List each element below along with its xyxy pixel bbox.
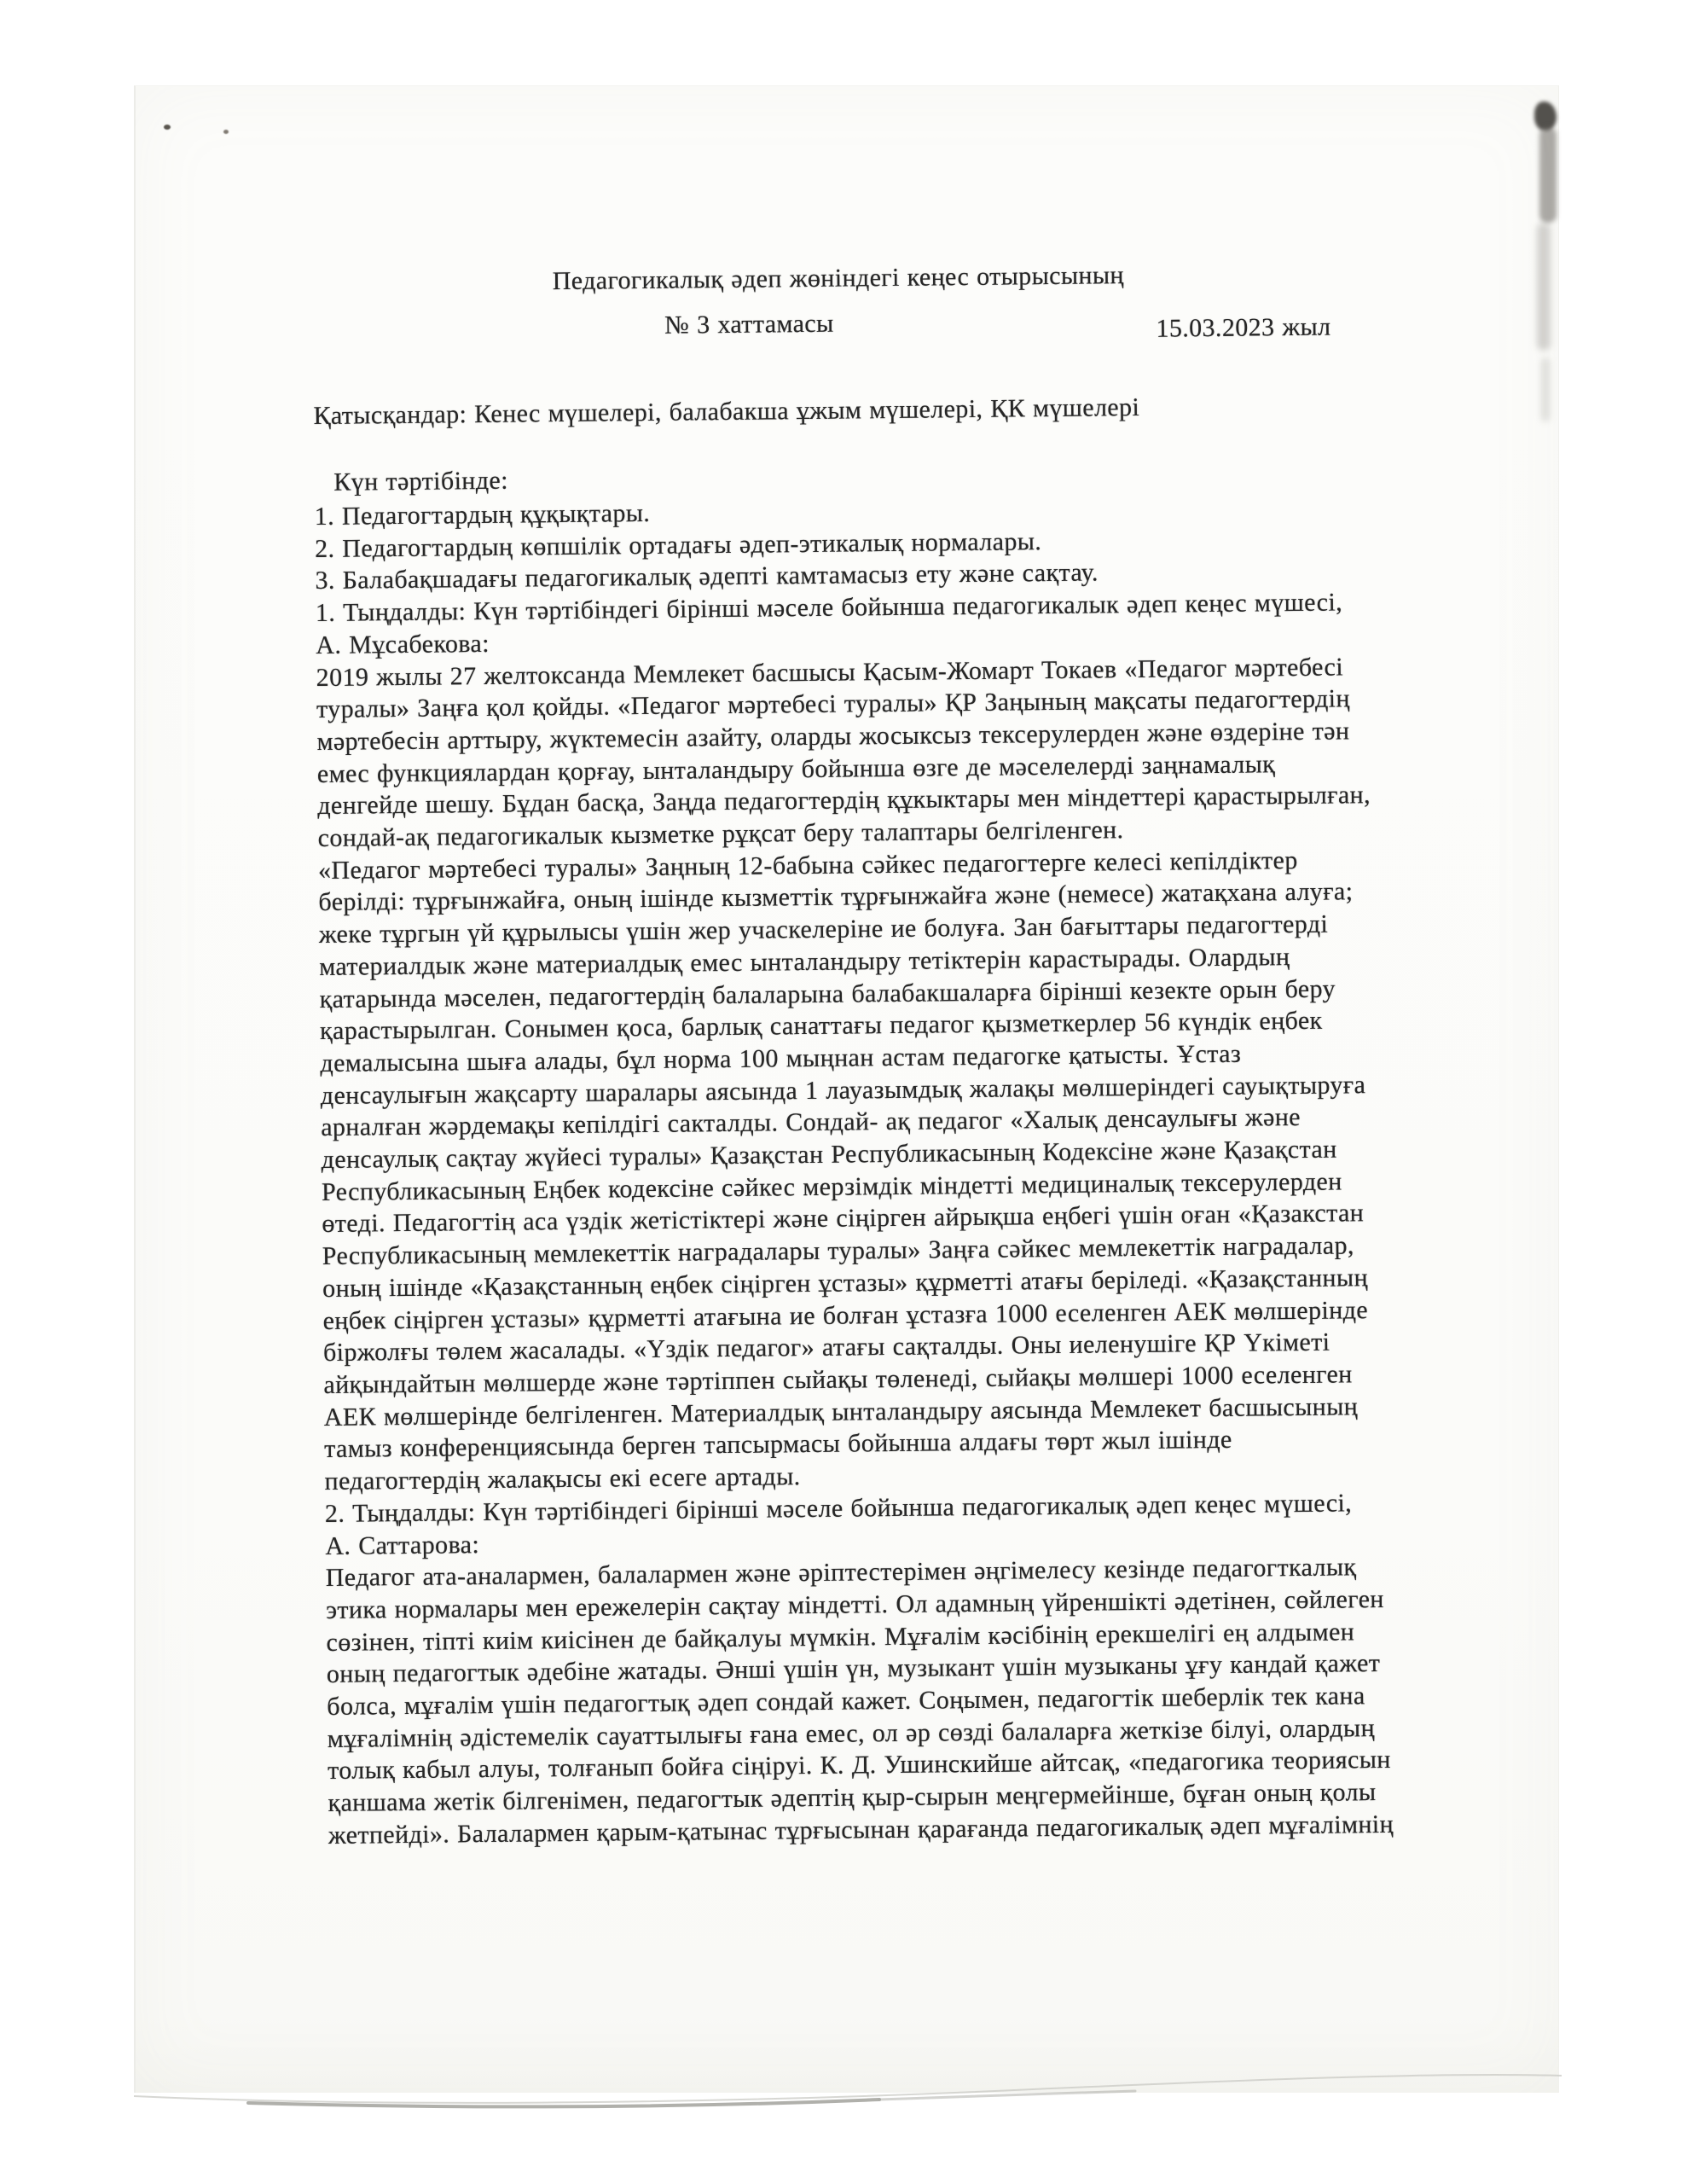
document-title-line-1: Педагогикалық әдеп жөніндегі кеңес отыры… [127, 257, 1550, 300]
paper-bottom-edge-shadow [129, 2062, 1565, 2122]
document-date: 15.03.2023 жыл [1156, 313, 1330, 344]
paper-sheet: Педагогикалық әдеп жөніндегі кеңес отыры… [134, 85, 1559, 2093]
document-text-layer: Педагогикалық әдеп жөніндегі кеңес отыры… [125, 73, 1568, 2094]
agenda-list: 1. Педагогтардың құқықтары.2. Педагогтар… [315, 490, 1381, 597]
agenda-heading: Күн тәртібінде: [333, 467, 508, 497]
participants-line: Қатысқандар: Кенес мүшелері, балабакша ұ… [313, 393, 1139, 431]
body-text: 1. Тыңдалды: Күн тәртібіндегі бірінші мә… [316, 586, 1394, 1851]
document-body: 1. Педагогтардың құқықтары.2. Педагогтар… [315, 490, 1394, 1852]
scan-canvas: { "document": { "title_line1": "Педагоги… [0, 0, 1687, 2184]
